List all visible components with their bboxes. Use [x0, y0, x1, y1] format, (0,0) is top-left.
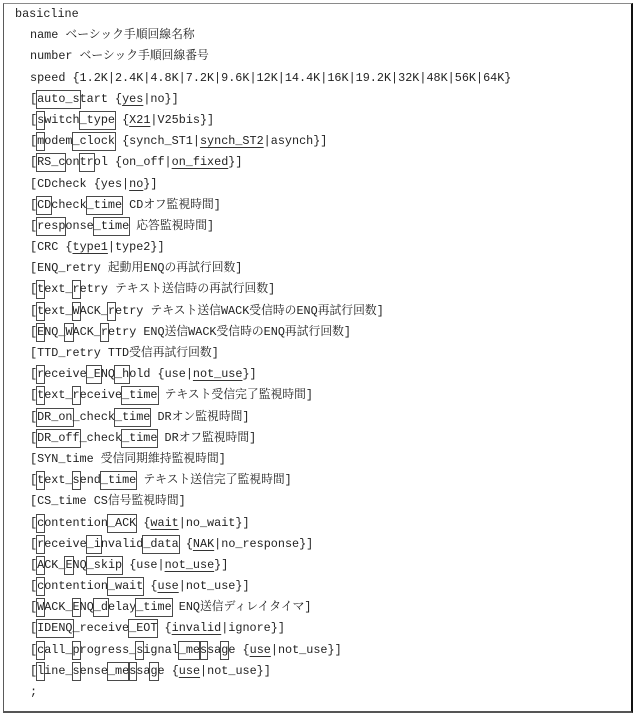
syntax-text: etry テキスト送信時の再試行回数] — [80, 282, 276, 296]
syntax-text: { — [157, 621, 171, 635]
default-value-underline: yes — [122, 92, 143, 106]
syntax-line: [CDcheck {yes|no}] — [4, 174, 631, 195]
syntax-text: tart { — [80, 92, 122, 106]
syntax-line: [RS_control {on_off|on_fixed}] — [4, 152, 631, 173]
syntax-line: [contention_ACK {wait|no_wait}] — [4, 513, 631, 534]
syntax-text: eceive — [44, 367, 86, 381]
syntax-text: |not_use}] — [200, 664, 271, 678]
syntax-text: ignal — [143, 643, 178, 657]
syntax-line: [receive_invalid_data {NAK|no_response}] — [4, 534, 631, 555]
abbreviation-box: _time — [114, 408, 151, 427]
abbreviation-box: _type — [79, 111, 116, 130]
syntax-text: old {use| — [129, 367, 193, 381]
syntax-text: { — [179, 537, 193, 551]
syntax-text: ACK_ — [73, 325, 101, 339]
syntax-text: テキスト受信完了監視時間] — [158, 388, 314, 402]
syntax-text: _check — [80, 431, 122, 445]
syntax-line: ; — [4, 682, 631, 703]
syntax-text: ontention — [44, 579, 108, 593]
syntax-text: elay — [108, 600, 136, 614]
syntax-text: basicline — [15, 7, 79, 21]
abbreviation-box: auto_s — [36, 90, 80, 109]
default-value-underline: no — [129, 177, 143, 191]
syntax-text: rogress_ — [80, 643, 137, 657]
abbreviation-box: _skip — [86, 556, 123, 575]
syntax-text: [ENQ_retry 起動用ENQの再試行回数] — [30, 261, 242, 275]
syntax-text: odem — [44, 134, 72, 148]
abbreviation-box: _d — [93, 598, 109, 617]
abbreviation-box: resp — [36, 217, 66, 236]
syntax-text: check — [51, 198, 86, 212]
syntax-text: CK_ — [44, 558, 65, 572]
syntax-line: [text_retry テキスト送信時の再試行回数] — [4, 279, 631, 300]
syntax-line: [IDENQ_receive_EOT {invalid|ignore}] — [4, 618, 631, 639]
syntax-text: speed {1.2K|2.4K|4.8K|7.2K|9.6K|12K|14.4… — [30, 71, 511, 85]
syntax-text: ol {on_off| — [94, 155, 172, 169]
abbreviation-box: _me — [178, 641, 201, 660]
statement-keyword-line: basicline — [4, 4, 631, 25]
syntax-line: speed {1.2K|2.4K|4.8K|7.2K|9.6K|12K|14.4… — [4, 68, 631, 89]
syntax-text: e { — [158, 664, 179, 678]
abbreviation-box: _time — [93, 217, 130, 236]
abbreviation-box: _EOT — [128, 619, 158, 638]
syntax-line: [ENQ_WACK_retry ENQ送信WACK受信時のENQ再試行回数] — [4, 322, 631, 343]
syntax-line: [text_WACK_retry テキスト送信WACK受信時のENQ再試行回数] — [4, 301, 631, 322]
syntax-text: [TTD_retry TTD受信再試行回数] — [30, 346, 219, 360]
syntax-line: [CS_time CS信号監視時間] — [4, 491, 631, 512]
abbreviation-box: DR_off — [36, 429, 80, 448]
syntax-text: |no}] — [143, 92, 178, 106]
syntax-text: NQ_ — [44, 325, 65, 339]
abbreviation-box: _time — [135, 598, 172, 617]
syntax-text: name ベーシック手順回線名称 — [30, 28, 195, 42]
syntax-line: [receive_ENQ_hold {use|not_use}] — [4, 364, 631, 385]
syntax-text: [CDcheck {yes| — [30, 177, 129, 191]
syntax-text: ENQ送信ディレイタイマ] — [172, 600, 312, 614]
syntax-text: }] — [228, 155, 242, 169]
syntax-text: |type2}] — [108, 240, 165, 254]
default-value-underline: not_use — [193, 367, 243, 381]
abbreviation-box: _ACK — [107, 514, 137, 533]
syntax-text: |no_response}] — [214, 537, 313, 551]
syntax-text: [CRC { — [30, 240, 72, 254]
abbreviation-box: IDENQ — [36, 619, 73, 638]
syntax-text: NQ — [101, 367, 115, 381]
syntax-text: CDオフ監視時間] — [122, 198, 221, 212]
syntax-text: テキスト送信完了監視時間] — [136, 473, 292, 487]
syntax-text: [CS_time CS信号監視時間] — [30, 494, 186, 508]
syntax-text: ; — [30, 685, 37, 699]
syntax-text: [SYN_time 受信同期維持監視時間] — [30, 452, 226, 466]
abbreviation-box: _time — [121, 386, 158, 405]
syntax-text: |ignore}] — [221, 621, 285, 635]
abbreviation-box: _E — [86, 365, 102, 384]
syntax-line: [DR_off_check_time DRオフ監視時間] — [4, 428, 631, 449]
syntax-definition-body: basiclinename ベーシック手順回線名称number ベーシック手順回… — [4, 4, 631, 703]
syntax-text: DRオン監視時間] — [150, 410, 249, 424]
syntax-text: e { — [228, 643, 249, 657]
syntax-line: [call_progress_signal_message {use|not_u… — [4, 640, 631, 661]
syntax-line: [auto_start {yes|no}] — [4, 89, 631, 110]
abbreviation-box: DR_on — [36, 408, 73, 427]
abbreviation-box: tr — [79, 153, 95, 172]
syntax-text: DRオフ監視時間] — [157, 431, 256, 445]
syntax-text: 応答監視時間] — [129, 219, 214, 233]
syntax-line: [line_sense_message {use|not_use}] — [4, 661, 631, 682]
syntax-text: |V25bis}] — [150, 113, 214, 127]
syntax-line: number ベーシック手順回線番号 — [4, 46, 631, 67]
abbreviation-box: CD — [36, 196, 52, 215]
abbreviation-box: _h — [114, 365, 130, 384]
syntax-text: etry テキスト送信WACK受信時のENQ再試行回数] — [115, 304, 384, 318]
syntax-line: [ENQ_retry 起動用ENQの再試行回数] — [4, 258, 631, 279]
syntax-line: [contention_wait {use|not_use}] — [4, 576, 631, 597]
syntax-text: |not_use}] — [179, 579, 250, 593]
default-value-underline: type1 — [72, 240, 107, 254]
syntax-text: etry ENQ送信WACK受信時のENQ再試行回数] — [108, 325, 351, 339]
syntax-line: name ベーシック手順回線名称 — [4, 25, 631, 46]
default-value-underline: not_use — [165, 558, 215, 572]
default-value-underline: X21 — [129, 113, 150, 127]
syntax-text: nvalid — [101, 537, 143, 551]
syntax-text: NQ — [80, 600, 94, 614]
syntax-line: [text_send_time テキスト送信完了監視時間] — [4, 470, 631, 491]
syntax-text: ense — [80, 664, 108, 678]
syntax-text: eceive — [80, 388, 122, 402]
syntax-line: [SYN_time 受信同期維持監視時間] — [4, 449, 631, 470]
syntax-text: on — [65, 155, 79, 169]
syntax-text: ext_ — [44, 473, 72, 487]
syntax-text: |no_wait}] — [179, 516, 250, 530]
syntax-text: end — [80, 473, 101, 487]
syntax-text: {synch_ST1| — [115, 134, 200, 148]
default-value-underline: invalid — [172, 621, 222, 635]
abbreviation-box: _clock — [72, 132, 116, 151]
default-value-underline: on_fixed — [172, 155, 229, 169]
syntax-line: [CDcheck_time CDオフ監視時間] — [4, 195, 631, 216]
abbreviation-box: _time — [86, 196, 123, 215]
syntax-text: {use| — [122, 558, 164, 572]
syntax-line: [DR_on_check_time DRオン監視時間] — [4, 407, 631, 428]
syntax-text: onse — [65, 219, 93, 233]
abbreviation-box: _wait — [107, 577, 144, 596]
syntax-text: |not_use}] — [271, 643, 342, 657]
abbreviation-box: _time — [100, 471, 137, 490]
syntax-text: { — [115, 113, 129, 127]
default-value-underline: synch_ST2 — [200, 134, 264, 148]
abbreviation-box: _data — [142, 535, 179, 554]
syntax-line: [response_time 応答監視時間] — [4, 216, 631, 237]
default-value-underline: use — [179, 664, 200, 678]
syntax-text: eceive — [44, 537, 86, 551]
syntax-text: witch — [44, 113, 79, 127]
syntax-text: all_ — [44, 643, 72, 657]
syntax-text: _check — [73, 410, 115, 424]
syntax-text: ext_ — [44, 304, 72, 318]
syntax-text: }] — [143, 177, 157, 191]
syntax-text: number ベーシック手順回線番号 — [30, 49, 209, 63]
default-value-underline: use — [250, 643, 271, 657]
syntax-text: NQ — [73, 558, 87, 572]
syntax-line: [ACK_ENQ_skip {use|not_use}] — [4, 555, 631, 576]
syntax-line: [TTD_retry TTD受信再試行回数] — [4, 343, 631, 364]
abbreviation-box: _me — [107, 662, 130, 681]
syntax-text: { — [136, 516, 150, 530]
syntax-line: [text_receive_time テキスト受信完了監視時間] — [4, 385, 631, 406]
syntax-line: [switch_type {X21|V25bis}] — [4, 110, 631, 131]
syntax-line: [modem_clock {synch_ST1|synch_ST2|asynch… — [4, 131, 631, 152]
syntax-text: ext_ — [44, 388, 72, 402]
abbreviation-box: _i — [86, 535, 102, 554]
syntax-text: ext_ — [44, 282, 72, 296]
syntax-text: { — [143, 579, 157, 593]
default-value-underline: wait — [150, 516, 178, 530]
syntax-line: [CRC {type1|type2}] — [4, 237, 631, 258]
default-value-underline: NAK — [193, 537, 214, 551]
abbreviation-box: RS_c — [36, 153, 66, 172]
syntax-text: }] — [242, 367, 256, 381]
syntax-text: ine_ — [44, 664, 72, 678]
syntax-text: |asynch}] — [264, 134, 328, 148]
abbreviation-box: _time — [121, 429, 158, 448]
syntax-text: _receive — [73, 621, 130, 635]
document-frame: basiclinename ベーシック手順回線名称number ベーシック手順回… — [3, 3, 633, 713]
default-value-underline: use — [157, 579, 178, 593]
syntax-line: [WACK_ENQ_delay_time ENQ送信ディレイタイマ] — [4, 597, 631, 618]
syntax-text: ACK_ — [80, 304, 108, 318]
syntax-text: ACK_ — [44, 600, 72, 614]
syntax-text: }] — [214, 558, 228, 572]
syntax-text: ontention — [44, 516, 108, 530]
